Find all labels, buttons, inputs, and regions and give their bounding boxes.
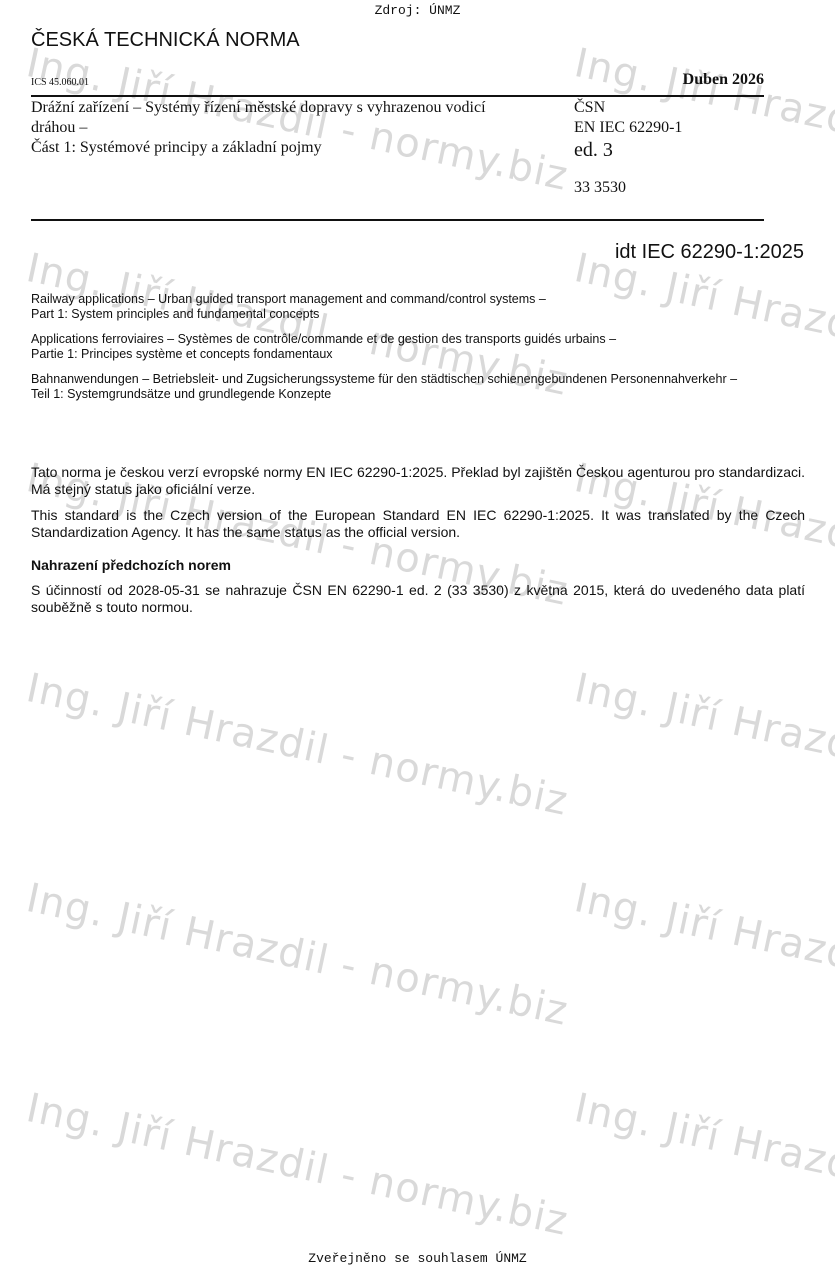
title-line: Teil 1: Systemgrundsätze und grundlegend… bbox=[31, 387, 737, 402]
identity-reference: idt IEC 62290-1:2025 bbox=[615, 241, 804, 264]
ics-code: ICS 45.060.01 bbox=[31, 77, 89, 88]
czech-title: Drážní zařízení – Systémy řízení městské… bbox=[31, 98, 561, 158]
divider bbox=[31, 219, 764, 221]
title-line: Part 1: System principles and fundamenta… bbox=[31, 307, 546, 322]
edition: ed. 3 bbox=[574, 138, 682, 162]
publication-note: Zveřejněno se souhlasem ÚNMZ bbox=[0, 1251, 835, 1266]
paragraph-replacement: S účinností od 2028-05-31 se nahrazuje Č… bbox=[31, 582, 805, 616]
title-english: Railway applications – Urban guided tran… bbox=[31, 292, 546, 322]
paragraph-english-version: This standard is the Czech version of th… bbox=[31, 507, 805, 541]
watermark: Ing. Jiří Hrazdil - normy.biz bbox=[570, 875, 835, 1035]
watermark: Ing. Jiří Hrazdil - normy.biz bbox=[22, 875, 572, 1035]
divider bbox=[31, 95, 764, 97]
source-note: Zdroj: ÚNMZ bbox=[0, 3, 835, 18]
watermark: Ing. Jiří Hrazdil - normy.biz bbox=[570, 665, 835, 825]
standard-designation: ČSN EN IEC 62290-1 ed. 3 33 3530 bbox=[574, 98, 682, 198]
watermark: Ing. Jiří Hrazdil - normy.biz bbox=[22, 665, 572, 825]
title-line: Applications ferroviaires – Systèmes de … bbox=[31, 332, 616, 347]
paragraph-czech-version: Tato norma je českou verzí evropské norm… bbox=[31, 464, 805, 498]
czech-title-line: Drážní zařízení – Systémy řízení městské… bbox=[31, 98, 561, 118]
title-line: Railway applications – Urban guided tran… bbox=[31, 292, 546, 307]
publication-date: Duben 2026 bbox=[600, 71, 764, 89]
csn-label: ČSN bbox=[574, 98, 682, 118]
watermark: Ing. Jiří Hrazdil - normy.biz bbox=[570, 1085, 835, 1245]
classification-code: 33 3530 bbox=[574, 178, 682, 198]
title-french: Applications ferroviaires – Systèmes de … bbox=[31, 332, 616, 362]
czech-title-line: dráhou – bbox=[31, 118, 561, 138]
document-type-title: ČESKÁ TECHNICKÁ NORMA bbox=[31, 29, 300, 52]
section-heading: Nahrazení předchozích norem bbox=[31, 557, 231, 573]
watermark: Ing. Jiří Hrazdil - normy.biz bbox=[22, 1085, 572, 1245]
standard-number: EN IEC 62290-1 bbox=[574, 118, 682, 138]
title-line: Partie 1: Principes système et concepts … bbox=[31, 347, 616, 362]
title-german: Bahnanwendungen – Betriebsleit- und Zugs… bbox=[31, 372, 737, 402]
title-line: Bahnanwendungen – Betriebsleit- und Zugs… bbox=[31, 372, 737, 387]
czech-title-line: Část 1: Systémové principy a základní po… bbox=[31, 138, 561, 158]
